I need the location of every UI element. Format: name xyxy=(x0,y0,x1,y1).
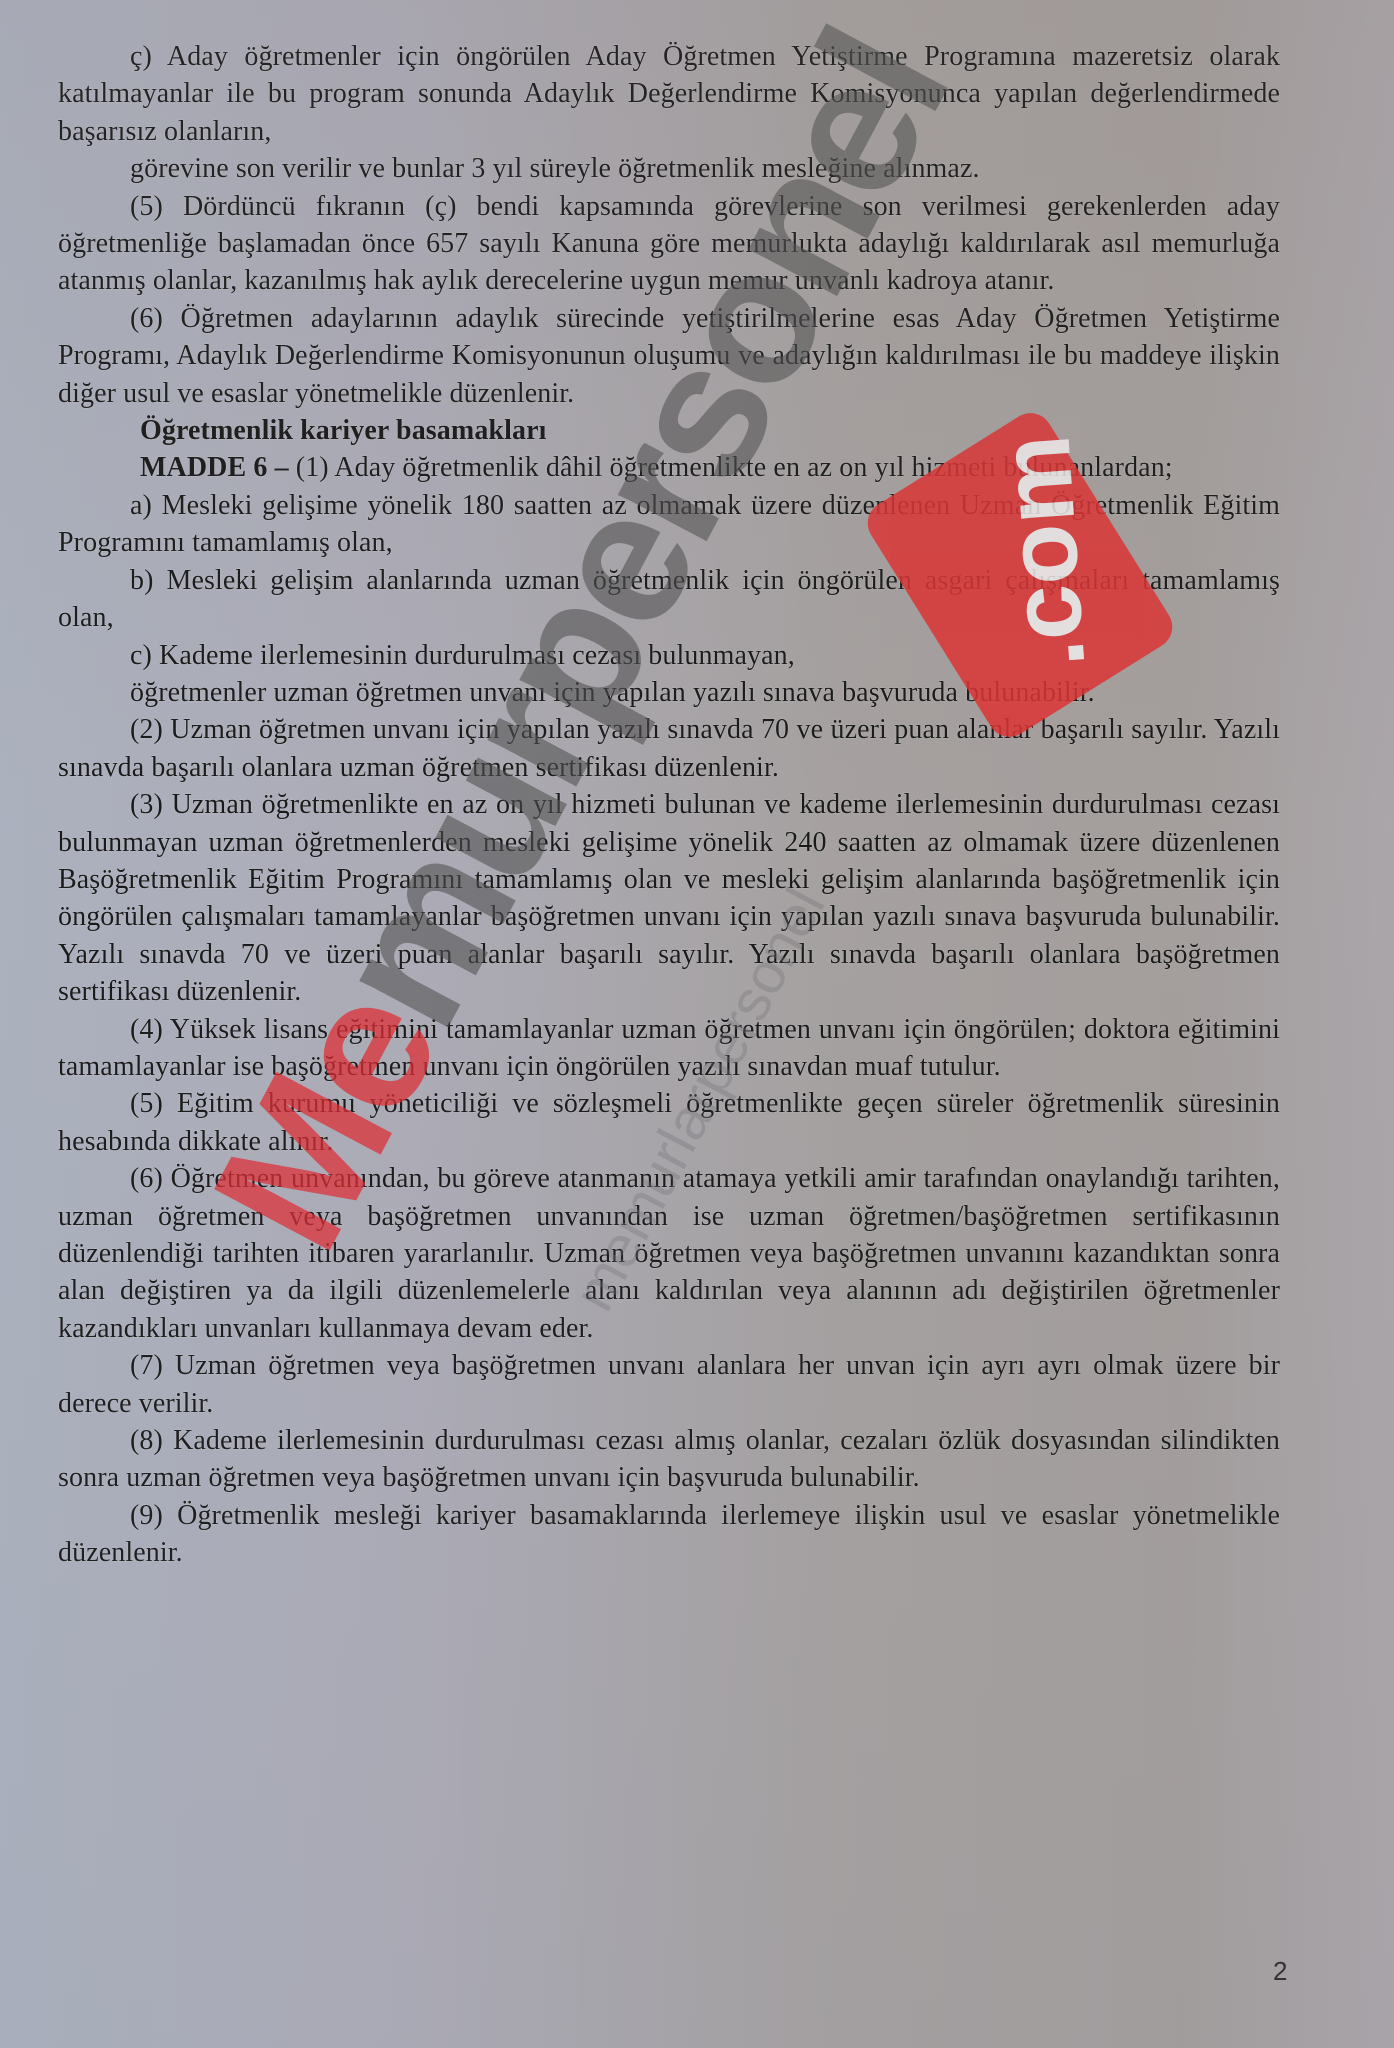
article-clause-6: (6) Öğretmen unvanından, bu göreve atanm… xyxy=(58,1160,1280,1347)
article-label: MADDE 6 – xyxy=(140,452,289,483)
article-clause-9: (9) Öğretmenlik mesleği kariyer basamakl… xyxy=(58,1497,1280,1572)
article-6-intro: MADDE 6 – (1) Aday öğretmenlik dâhil öğr… xyxy=(58,449,1280,486)
page-number: 2 xyxy=(1273,1956,1287,1987)
article-intro-text: (1) Aday öğretmenlik dâhil öğretmenlikte… xyxy=(296,452,1173,483)
article-clause-7: (7) Uzman öğretmen veya başöğretmen unva… xyxy=(58,1347,1280,1422)
article-item-c: c) Kademe ilerlemesinin durdurulması cez… xyxy=(58,637,1280,674)
article-clause-2: (2) Uzman öğretmen unvanı için yapılan y… xyxy=(58,711,1280,786)
article-items-conclusion: öğretmenler uzman öğretmen unvanı için y… xyxy=(58,674,1280,711)
article-clause-5: (5) Eğitim kurumu yöneticiliği ve sözleş… xyxy=(58,1085,1280,1160)
document-page: ç) Aday öğretmenler için öngörülen Aday … xyxy=(0,0,1394,2048)
paragraph-c-clause-continuation: görevine son verilir ve bunlar 3 yıl sür… xyxy=(58,150,1280,187)
paragraph-c-clause: ç) Aday öğretmenler için öngörülen Aday … xyxy=(58,38,1280,150)
article-clause-4: (4) Yüksek lisans eğitimini tamamlayanla… xyxy=(58,1011,1280,1086)
article-clause-8: (8) Kademe ilerlemesinin durdurulması ce… xyxy=(58,1422,1280,1497)
article-item-a: a) Mesleki gelişime yönelik 180 saatten … xyxy=(58,487,1280,562)
article-item-b: b) Mesleki gelişim alanlarında uzman öğr… xyxy=(58,562,1280,637)
article-clause-3: (3) Uzman öğretmenlikte en az on yıl hiz… xyxy=(58,786,1280,1010)
paragraph-6: (6) Öğretmen adaylarının adaylık sürecin… xyxy=(58,300,1280,412)
section-heading: Öğretmenlik kariyer basamakları xyxy=(58,412,1280,449)
document-body: ç) Aday öğretmenler için öngörülen Aday … xyxy=(58,38,1280,1572)
paragraph-5: (5) Dördüncü fıkranın (ç) bendi kapsamın… xyxy=(58,188,1280,300)
